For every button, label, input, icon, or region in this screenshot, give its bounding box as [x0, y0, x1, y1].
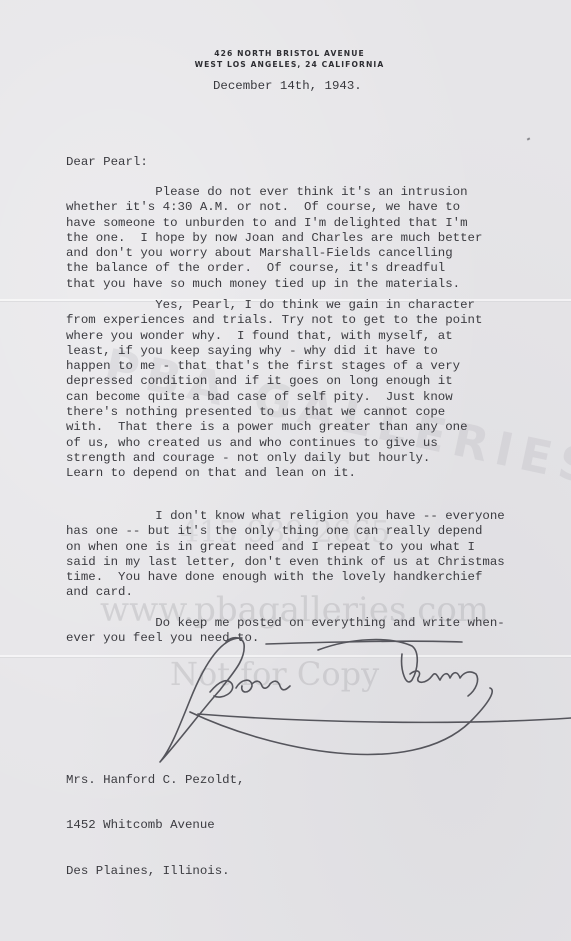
letterhead-city: WEST LOS ANGELES, 24 CALIFORNIA	[8, 59, 571, 70]
recipient-street: 1452 Whitcomb Avenue	[66, 818, 244, 833]
paragraph-2: Yes, Pearl, I do think we gain in charac…	[66, 298, 482, 482]
paragraph-3: I don't know what religion you have -- e…	[66, 509, 505, 601]
recipient-name: Mrs. Hanford C. Pezoldt,	[66, 773, 244, 788]
paragraph-1: Please do not ever think it's an intrusi…	[66, 185, 482, 292]
recipient-address: Mrs. Hanford C. Pezoldt, 1452 Whitcomb A…	[66, 742, 244, 895]
recipient-city: Des Plaines, Illinois.	[66, 864, 244, 879]
salutation: Dear Pearl:	[66, 155, 148, 170]
letterhead-street: 426 NORTH BRISTOL AVENUE	[8, 48, 571, 59]
letterhead: 426 NORTH BRISTOL AVENUE WEST LOS ANGELE…	[0, 48, 571, 70]
letter-date: December 14th, 1943.	[213, 79, 362, 93]
